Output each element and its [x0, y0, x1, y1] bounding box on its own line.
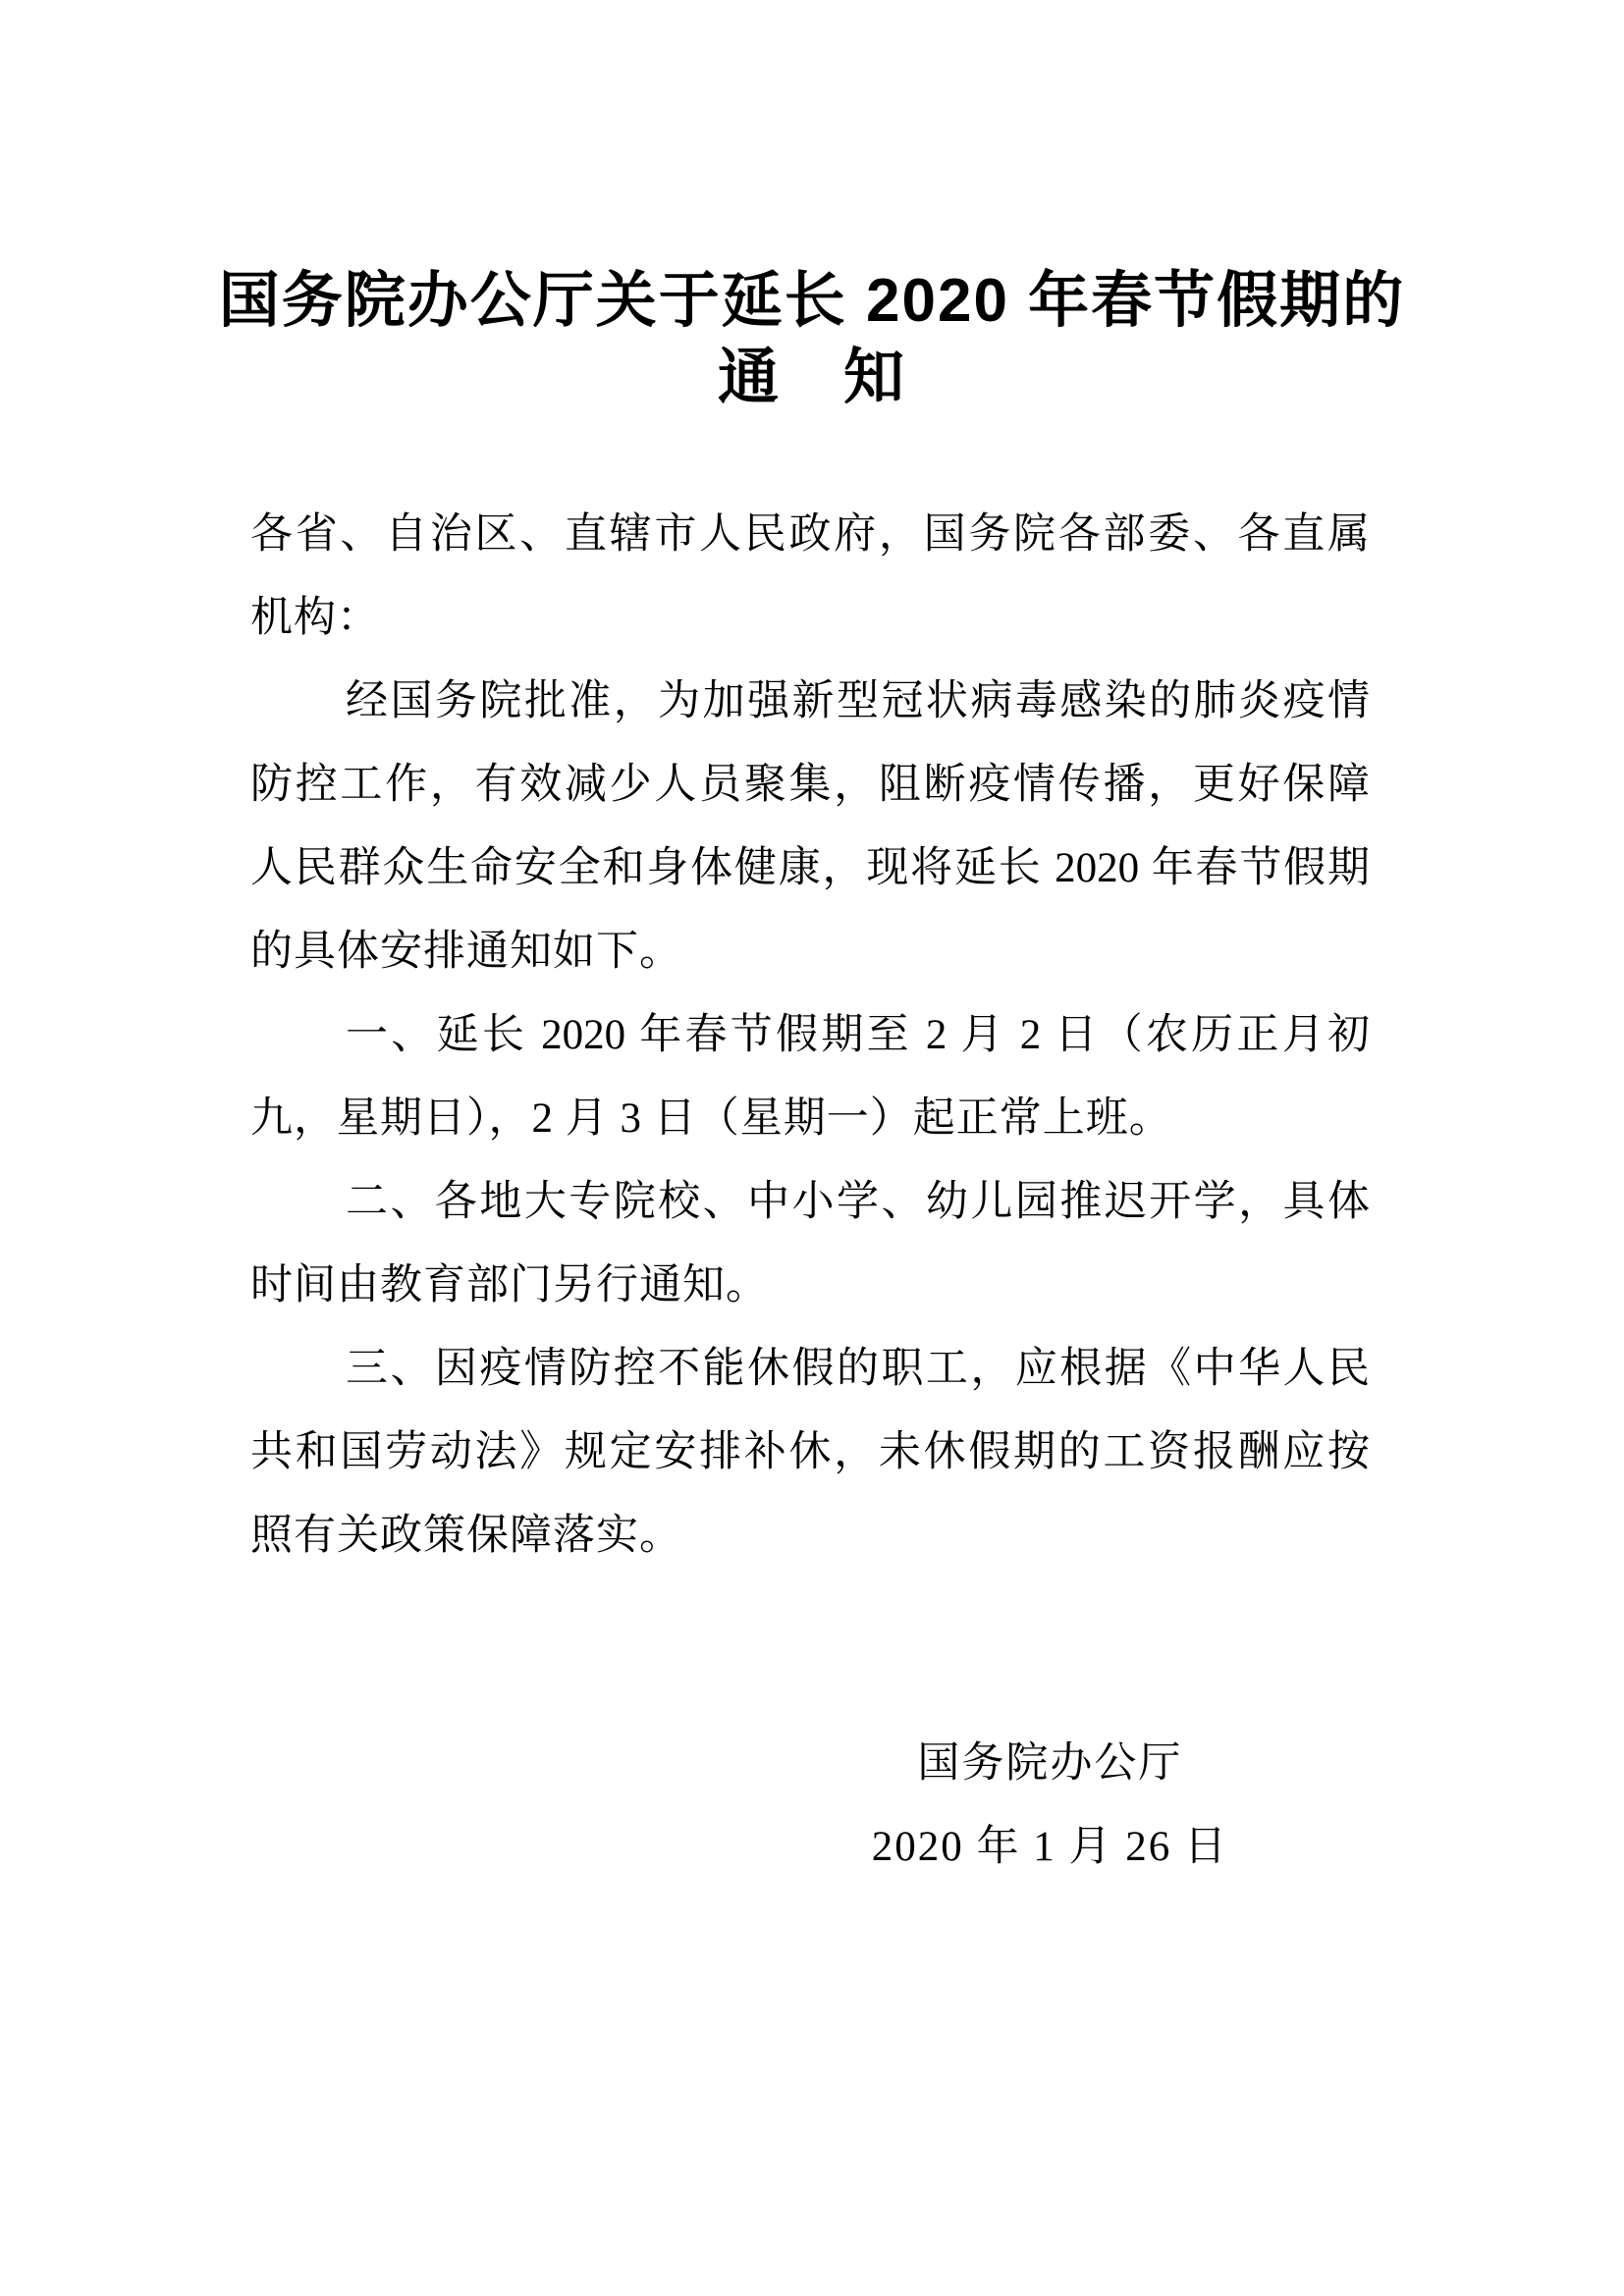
body-line: 共和国劳动法》规定安排补休，未休假期的工资报酬应按 — [250, 1411, 1370, 1494]
body-line: 时间由教育部门另行通知。 — [250, 1244, 1370, 1327]
body-line: 经国务院批准，为加强新型冠状病毒感染的肺炎疫情 — [250, 660, 1370, 743]
body-line: 的具体安排通知如下。 — [250, 910, 1370, 993]
document-page: 国务院办公厅关于延长 2020 年春节假期的 通 知 各省、自治区、直辖市人民政… — [0, 0, 1624, 2296]
title-line-2: 通 知 — [0, 340, 1624, 416]
body-line: 三、因疫情防控不能休假的职工，应根据《中华人民 — [250, 1327, 1370, 1411]
body-line: 照有关政策保障落实。 — [250, 1494, 1370, 1577]
body-line: 一、延长 2020 年春节假期至 2 月 2 日（农历正月初 — [250, 993, 1370, 1077]
body-line: 各省、自治区、直辖市人民政府，国务院各部委、各直属 — [250, 493, 1370, 576]
body-line: 防控工作，有效减少人员聚集，阻断疫情传播，更好保障 — [250, 743, 1370, 827]
signature-date: 2020 年 1 月 26 日 — [872, 1805, 1228, 1889]
document-title: 国务院办公厅关于延长 2020 年春节假期的 通 知 — [0, 263, 1624, 416]
body-line: 机构： — [250, 576, 1370, 660]
signature-block: 国务院办公厅 2020 年 1 月 26 日 — [872, 1722, 1228, 1889]
document-body: 各省、自治区、直辖市人民政府，国务院各部委、各直属机构：经国务院批准，为加强新型… — [250, 493, 1370, 1577]
body-line: 人民群众生命安全和身体健康，现将延长 2020 年春节假期 — [250, 827, 1370, 910]
body-line: 二、各地大专院校、中小学、幼儿园推迟开学，具体 — [250, 1160, 1370, 1244]
signature-org: 国务院办公厅 — [872, 1722, 1228, 1805]
title-line-1: 国务院办公厅关于延长 2020 年春节假期的 — [0, 263, 1624, 340]
body-line: 九，星期日），2 月 3 日（星期一）起正常上班。 — [250, 1077, 1370, 1160]
